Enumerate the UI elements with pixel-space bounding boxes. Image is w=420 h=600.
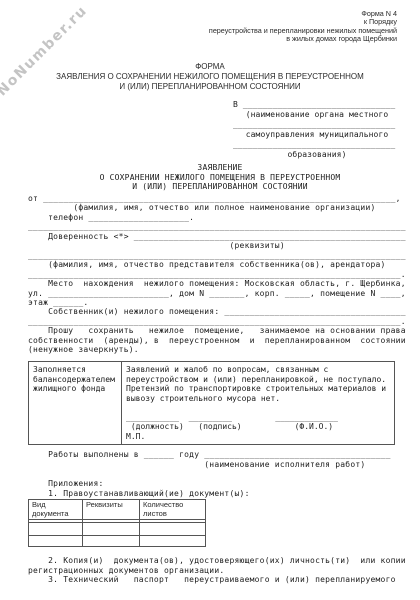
- attachment-item-3: 3. Технический паспорт переустраиваемого…: [28, 575, 406, 585]
- addressee-to-blank: В _______________________________: [233, 100, 401, 110]
- form-blank-line: ________________________________________…: [28, 270, 414, 279]
- attachments-intro: Приложения: 1. Правоустанавливающий(ие) …: [28, 479, 250, 498]
- form-title-line: И (ИЛИ) ПЕРЕПЛАНИРОВАННОМ СОСТОЯНИИ: [0, 82, 420, 92]
- balance-statement-line: вывозу строительного мусора нет.: [126, 394, 392, 404]
- addressee-caption: (наименование органа местного: [233, 110, 401, 120]
- balance-holder-label-line: балансодержателем: [33, 375, 119, 385]
- addressee-blank-line: _________________________________: [233, 140, 401, 150]
- form-title-line: ЗАЯВЛЕНИЯ О СОХРАНЕНИИ НЕЖИЛОГО ПОМЕЩЕНИ…: [0, 72, 420, 82]
- form-line: Собственник(и) нежилого помещения: _____…: [28, 307, 414, 316]
- statement-title-line: И (ИЛИ) ПЕРЕПЛАНИРОВАННОМ СОСТОЯНИИ: [28, 182, 412, 192]
- attachments-heading: Приложения:: [28, 479, 250, 489]
- balance-holder-label: Заполняется балансодержателем жилищного …: [29, 362, 122, 444]
- addressee-block: В _______________________________ (наиме…: [233, 100, 401, 160]
- balance-statement-line: переустройством и (или) перепланировкой,…: [126, 375, 392, 385]
- form-line: Работы выполнены в ______ году _________…: [28, 450, 391, 460]
- attachment-item-2: 2. Копия(и) документа(ов), удостоверяюще…: [28, 556, 406, 566]
- table-cell: [140, 536, 206, 547]
- addressee-caption: образования): [233, 150, 401, 160]
- balance-statement-line: Претензий по транспортировке строительны…: [126, 384, 392, 394]
- form-line-caption: (реквизиты): [28, 241, 414, 250]
- form-blank-line: ________________________________________…: [28, 222, 414, 231]
- form-line: ул. ________________________, дом N ____…: [28, 289, 414, 298]
- attachment-item-2-cont: регистрационных документов организации.: [28, 566, 406, 576]
- document-page: { "watermark": "NoNumber.ru", "header_no…: [0, 0, 420, 600]
- form-line: телефон ____________________.: [28, 213, 414, 222]
- col-header-sheet-count: Количество листов: [140, 500, 206, 520]
- form-title-line: ФОРМА: [0, 62, 420, 72]
- table-cell: [83, 523, 140, 536]
- form-line: Место нахождения нежилого помещения: Мос…: [28, 279, 414, 288]
- balance-statement-spacer: [126, 403, 392, 413]
- table-row: [29, 523, 206, 536]
- form-number-note: Форма N 4 к Порядку переустройства и пер…: [209, 10, 397, 44]
- statement-title: ЗАЯВЛЕНИЕ О СОХРАНЕНИИ НЕЖИЛОГО ПОМЕЩЕНИ…: [28, 163, 412, 192]
- addressee-blank-line: _________________________________: [233, 120, 401, 130]
- table-cell: [83, 536, 140, 547]
- table-cell: [29, 536, 83, 547]
- balance-holder-label-line: жилищного фонда: [33, 384, 119, 394]
- form-title: ФОРМА ЗАЯВЛЕНИЯ О СОХРАНЕНИИ НЕЖИЛОГО ПО…: [0, 62, 420, 92]
- statement-title-line: О СОХРАНЕНИИ НЕЖИЛОГО ПОМЕЩЕНИЯ В ПЕРЕУС…: [28, 173, 412, 183]
- stamp-placeholder: М.П.: [126, 432, 392, 442]
- balance-holder-box: Заполняется балансодержателем жилищного …: [28, 361, 395, 445]
- form-line: Доверенность <*> _______________________…: [28, 232, 414, 241]
- form-line: (ненужное зачеркнуть).: [28, 345, 414, 354]
- table-cell: [140, 523, 206, 536]
- col-header-requisites: Реквизиты: [83, 500, 140, 520]
- signature-blank-line: ___________ _________ _____________: [126, 413, 392, 423]
- balance-statement-line: Заявлений и жалоб по вопросам, связанным…: [126, 365, 392, 375]
- col-header-doc-type: Вид документа: [29, 500, 83, 520]
- statement-title-line: ЗАЯВЛЕНИЕ: [28, 163, 412, 173]
- signature-captions: (должность) (подпись) (Ф.И.О.): [126, 422, 392, 432]
- form-line: Прошу сохранить нежилое помещение, заним…: [28, 326, 414, 335]
- table-row: [29, 536, 206, 547]
- attachments-table: Вид документа Реквизиты Количество листо…: [28, 499, 206, 547]
- form-number-note-line: в жилых домах города Щербинки: [209, 35, 397, 43]
- form-line: собственности (аренды), в переустроенном…: [28, 336, 414, 345]
- attachments-items: 2. Копия(и) документа(ов), удостоверяюще…: [28, 556, 406, 585]
- balance-holder-statement: Заявлений и жалоб по вопросам, связанным…: [122, 362, 394, 444]
- attachment-item-1: 1. Правоустанавливающий(ие) документ(ы):: [28, 489, 250, 499]
- table-cell: [29, 523, 83, 536]
- form-blank-line: ________________________________________…: [28, 251, 414, 260]
- form-blank-line: ________________________________________…: [28, 317, 414, 326]
- form-line-caption: (фамилия, имя, отчество или полное наиме…: [28, 203, 414, 212]
- form-line-caption: (наименование исполнителя работ): [28, 460, 391, 470]
- statement-body: от _____________________________________…: [28, 194, 414, 355]
- works-performed-block: Работы выполнены в ______ году _________…: [28, 450, 391, 469]
- balance-holder-label-line: Заполняется: [33, 365, 119, 375]
- form-line-caption: (фамилия, имя, отчество представителя со…: [28, 260, 414, 269]
- addressee-caption: самоуправления муниципального: [233, 130, 401, 140]
- table-header-row: Вид документа Реквизиты Количество листо…: [29, 500, 206, 520]
- form-line: от _____________________________________…: [28, 194, 414, 203]
